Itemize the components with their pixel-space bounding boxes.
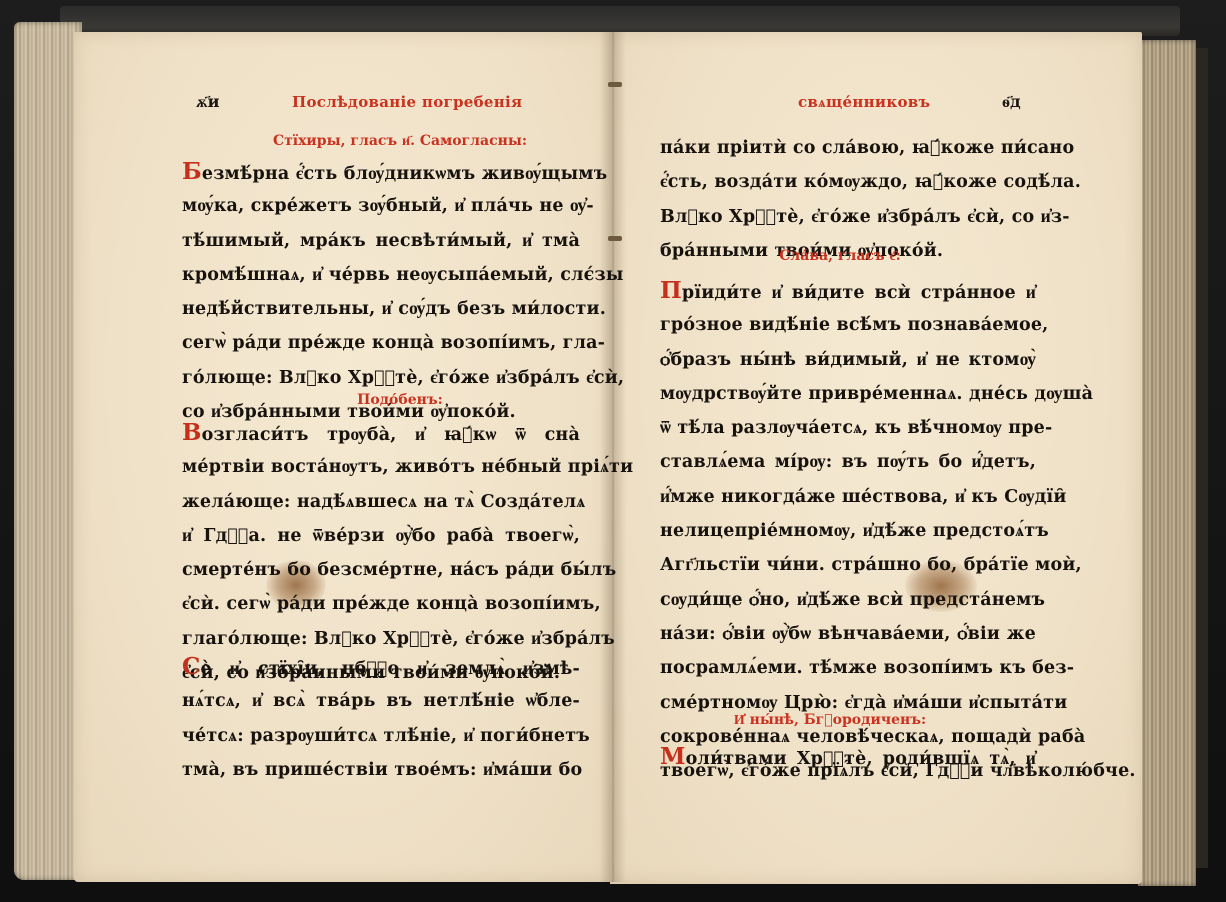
text-line: нѧ́тсѧ, и҆ всѧ̀ тва́рь въ нетлѣ́ніе ѡ҆бл… — [182, 684, 580, 718]
text-line: Агг҃льстїи чи́ни. стра́шно бо, бра́тїе м… — [660, 548, 1036, 582]
text-line: Безмѣ́рна є҆́сть блѹ́дникѡмъ живѹ́щымъ — [182, 155, 580, 189]
text-line: Моли́твами Хрⷭ҇тѐ, роди́вшїѧ тѧ̀, и҆ — [660, 740, 1036, 774]
binding-stitch — [608, 236, 622, 241]
left-block-1: Безмѣ́рна є҆́сть блѹ́дникѡмъ живѹ́щымъ м… — [182, 155, 580, 429]
left-running-head: Послѣдованіе погребенія — [292, 93, 522, 111]
text-line: па́ки пріитѝ со сла́вою, ꙗ҆́коже пи́сано — [660, 131, 1036, 165]
drop-initial: Б — [182, 158, 202, 185]
left-page-edges — [14, 22, 82, 880]
text-line: ѿ тѣ́ла разлѹча́етсѧ, къ вѣ́чномѹ пре- — [660, 411, 1036, 445]
right-block-3: Моли́твами Хрⷭ҇тѐ, роди́вшїѧ тѧ̀, и҆ — [660, 740, 1036, 774]
left-folio-number: ѫ҃и — [196, 92, 219, 112]
text-line: тма̀, въ прише́ствіи твое́мъ: и҆ма́ши бо — [182, 753, 580, 787]
text-line: и҆ Гдⷭ҇а. не ѿве́рзи ѹ҆̀бо раба̀ твоегѡ̀… — [182, 519, 580, 553]
text-line: сегѡ̀ ра́ди пре́жде конца̀ возопі́имъ, г… — [182, 326, 580, 360]
right-running-head: свѧще́нниковъ — [798, 93, 930, 112]
text-line: сѹди́ще ѻ҆́но, и҆дѣ́же всѝ предста́немъ — [660, 583, 1036, 617]
text-line: мѹ́ка, скре́жетъ зѹ́бный, и҆ пла́чь не ѹ… — [182, 189, 580, 223]
text-line: Прїиди́те и҆ ви́дите всѝ стра́нное и҆ — [660, 274, 1036, 308]
left-rubric-podoben: Подо́бенъ: — [300, 392, 500, 408]
text-line: є҆сѝ. сегѡ̀ ра́ди пре́жде конца̀ возопі́… — [182, 587, 580, 621]
right-rubric-theotokion: И҆ ны́нѣ, Бгⷣородиченъ: — [730, 712, 930, 729]
text-line: го́люще: Влⷣко Хрⷭ҇тѐ, є҆го́же и҆збра́лъ… — [182, 361, 580, 395]
text-line: на́зи: ѻ҆́віи ѹ҆̀бѡ вѣнчава́еми, ѻ҆́віи … — [660, 617, 1036, 651]
right-folio-number: ѳ҃д — [1002, 92, 1021, 112]
text-line: Сѐ и҆ стїхі̑и, нбⷭ҇о и҆ землѧ̀ и҆змѣ- — [182, 650, 580, 684]
right-page-edges — [1138, 40, 1196, 886]
text-line: Возгласи́тъ трѹба̀, и҆ ꙗ҆́кѡ ѿ сна̀ — [182, 416, 580, 450]
text-line: кромѣ́шнаѧ, и҆ че́рвь неѹсыпа́емый, слє́… — [182, 258, 580, 292]
drop-initial: В — [182, 419, 202, 446]
right-rubric-slava: Сла́ва, гласъ є҃: — [760, 248, 920, 265]
text-line: нелицепріе́мномѹ, и҆дѣ́же предстоѧ́тъ — [660, 514, 1036, 548]
text-line: тѣ́шимый, мра́къ несвѣти́мый, и҆ тма̀ — [182, 224, 580, 258]
binding-stitch — [608, 82, 622, 87]
text-line: ме́ртвіи воста́нѹтъ, живо́тъ не́бный прі… — [182, 450, 580, 484]
drop-initial: П — [660, 277, 682, 304]
left-rubric-stichera: Стїхиры, гласъ и҃. Самогласны: — [200, 133, 600, 150]
drop-initial: М — [660, 743, 686, 770]
left-block-3: Сѐ и҆ стїхі̑и, нбⷭ҇о и҆ землѧ̀ и҆змѣ- нѧ… — [182, 650, 580, 787]
text-line: че́тсѧ: разрѹши́тсѧ тлѣ́ніе, и҆ поги́бне… — [182, 719, 580, 753]
text-line: и҆́мже никогда́же ше́ствова, и҆ къ Сѹдїи… — [660, 480, 1036, 514]
drop-initial: С — [182, 653, 201, 680]
text-line: ставлѧ́ема мі́рѹ: въ пѹ́ть бо и҆́детъ, — [660, 445, 1036, 479]
text-line: Влⷣко Хрⷭ҇тѐ, є҆го́же и҆збра́лъ є҆сѝ, со… — [660, 200, 1036, 234]
text-line: посрамлѧ́еми. тѣ́мже возопі́имъ къ без- — [660, 651, 1036, 685]
text-line: ѻ҆́бразъ ны́нѣ ви́димый, и҆ не ктомѹ̀ — [660, 343, 1036, 377]
text-line: смерте́нъ бо безсме́ртне, на́съ ра́ди бы… — [182, 553, 580, 587]
text-line: жела́юще: надѣ́ѧвшесѧ на тѧ̀ Созда́телѧ — [182, 485, 580, 519]
text-line: гро́зное видѣ́ніе всѣ́мъ познава́емое, — [660, 308, 1036, 342]
text-line: недѣ́йствительны, и҆ сѹ́дъ безъ ми́лости… — [182, 292, 580, 326]
text-line: мѹдрствѹ́йте привре́меннаѧ. дне́сь дѹша̀ — [660, 377, 1036, 411]
text-line: є҆́сть, возда́ти ко́мѹждо, ꙗ҆́коже содѣ́… — [660, 165, 1036, 199]
